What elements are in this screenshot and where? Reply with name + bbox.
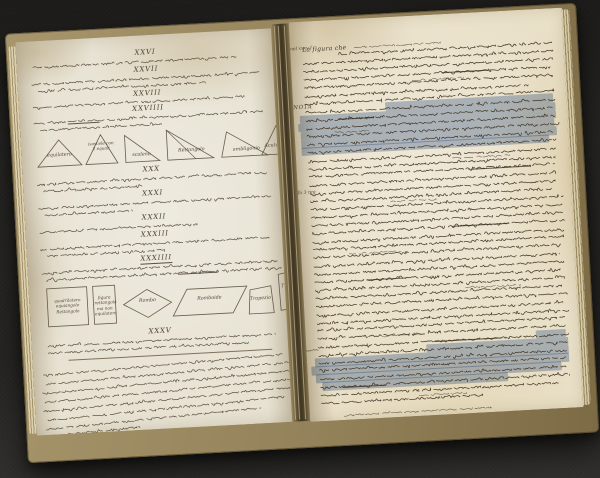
right-page: nel xxxv f NOTA fo 3 reg La figura che bbox=[289, 8, 584, 422]
handwriting-line bbox=[311, 200, 564, 223]
handwriting-line bbox=[313, 240, 562, 262]
interlinear-correction bbox=[381, 330, 421, 341]
strikethrough-mark bbox=[471, 165, 531, 170]
quadrilateral-label: Rombo bbox=[139, 298, 156, 305]
section-numeral: XXVII bbox=[17, 59, 275, 80]
handwriting-line bbox=[314, 249, 560, 271]
handwriting-line bbox=[303, 54, 553, 76]
quadrilateral-label: Trapezio bbox=[250, 296, 272, 303]
interlinear-correction bbox=[390, 195, 436, 206]
manuscript-book: XXVIXXVIIXXVIIIXXVIIIIXXXXXXIXXXIIXXXIII… bbox=[5, 3, 599, 463]
handwriting-line bbox=[312, 216, 565, 239]
handwriting-line bbox=[317, 313, 565, 335]
handwriting-line bbox=[309, 159, 555, 181]
left-page: XXVIXXVIIXXVIIIXXVIIIIXXXXXXIXXXIIXXXIII… bbox=[15, 28, 294, 435]
handwriting-line bbox=[304, 63, 551, 85]
strikethrough-mark bbox=[367, 277, 407, 280]
section-numeral: XXXIII bbox=[26, 224, 284, 245]
strikethrough-mark bbox=[68, 121, 100, 124]
photo-backdrop: XXVIXXVIIXXVIIIXXVIIIIXXXXXXIXXXIIXXXIII… bbox=[0, 0, 600, 478]
footer-note-line bbox=[48, 423, 140, 436]
handwriting-line bbox=[308, 152, 555, 174]
opening-words: La figura che bbox=[302, 45, 347, 53]
quadrilateral-label: figura rettangola ma non equilatera bbox=[94, 294, 115, 316]
handwriting-line bbox=[46, 263, 286, 285]
strikethrough-mark bbox=[452, 222, 508, 226]
handwriting-line bbox=[317, 305, 570, 328]
handwriting-line bbox=[314, 265, 562, 287]
footer-note-line bbox=[42, 366, 290, 398]
footer-note-line bbox=[45, 358, 289, 389]
handwriting-line bbox=[316, 288, 568, 311]
handwriting-line bbox=[315, 273, 565, 295]
nota-annotation: NOTA bbox=[293, 105, 312, 112]
section-numeral: XXX bbox=[22, 159, 280, 180]
section-numeral: XXXV bbox=[31, 321, 289, 342]
footer-note-line bbox=[44, 375, 290, 407]
triangle-label: Rettangolo bbox=[178, 147, 205, 154]
margin-note-mid: fo 3 reg bbox=[298, 191, 316, 196]
handwriting-line bbox=[316, 297, 563, 319]
handwriting-line bbox=[309, 168, 556, 190]
catchword-line bbox=[344, 403, 492, 420]
handwriting-line bbox=[311, 207, 564, 230]
section-numeral: XXXII bbox=[25, 207, 283, 228]
handwriting-line bbox=[310, 184, 552, 206]
interlinear-correction bbox=[349, 247, 401, 259]
handwriting-line bbox=[313, 232, 566, 255]
handwriting-line bbox=[312, 224, 564, 247]
handwriting-line bbox=[304, 71, 553, 93]
handwriting-line bbox=[321, 390, 483, 408]
margin-annotation-mark bbox=[306, 345, 318, 355]
handwriting-line bbox=[338, 38, 552, 59]
strikethrough-mark bbox=[441, 69, 489, 73]
quadrilateral-label: quadrilatero equiangolo Rettangolo bbox=[49, 297, 86, 315]
handwriting-line bbox=[315, 281, 562, 303]
separator-rule bbox=[69, 349, 273, 361]
footer-note-line bbox=[46, 403, 262, 434]
handwriting-line bbox=[310, 176, 558, 198]
handwriting-line bbox=[314, 257, 565, 280]
section-numeral: XXXIIII bbox=[27, 248, 285, 269]
handwriting-line bbox=[311, 191, 564, 214]
strikethrough-mark bbox=[178, 271, 218, 274]
handwriting-line bbox=[40, 119, 162, 135]
footer-note-line bbox=[43, 383, 291, 416]
section-numeral: XXVI bbox=[16, 42, 274, 63]
footer-note-line bbox=[47, 392, 287, 425]
triangle-label: ambligonio bbox=[233, 146, 260, 153]
triangle-label: isoscele con 2 equali bbox=[88, 140, 115, 152]
interlinear-correction bbox=[412, 73, 464, 85]
triangle-label: scaleno bbox=[132, 152, 151, 159]
interlinear-correction bbox=[354, 38, 442, 52]
interlinear-correction bbox=[419, 388, 467, 400]
section-numeral: XXXI bbox=[24, 183, 282, 204]
interlinear-correction bbox=[452, 151, 510, 163]
quadrilateral-label: Romboide bbox=[197, 295, 222, 302]
triangle-label: equilatero bbox=[47, 152, 72, 159]
interlinear-correction bbox=[465, 280, 521, 292]
